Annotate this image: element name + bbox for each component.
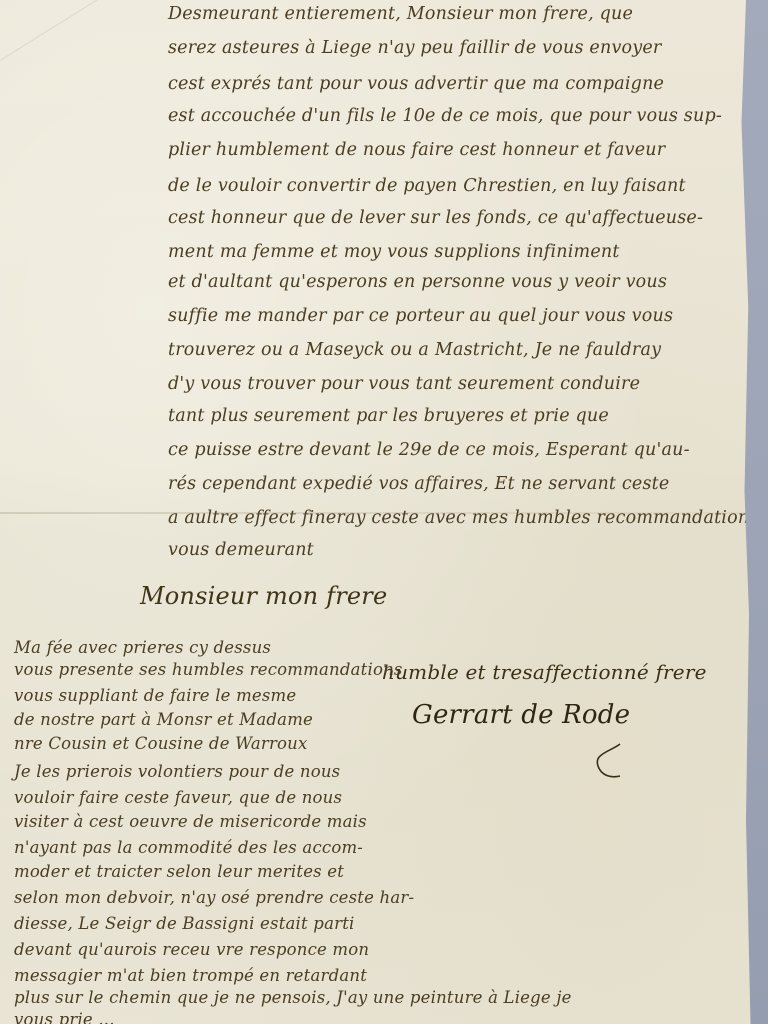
body-line: Desmeurant entierement, Monsieur mon fre… xyxy=(168,4,633,24)
manuscript-page: Desmeurant entierement, Monsieur mon fre… xyxy=(0,0,752,1024)
postscript-line: Je les prierois volontiers pour de nous xyxy=(14,762,340,781)
salutation: Monsieur mon frere xyxy=(140,582,387,610)
body-line: cest exprés tant pour vous advertir que … xyxy=(168,74,664,94)
postscript-line: vous suppliant de faire le mesme xyxy=(14,686,296,705)
postscript-line: de nostre part à Monsr et Madame xyxy=(14,710,313,729)
postscript-line: vous prie ... xyxy=(14,1010,115,1024)
body-line: serez asteures à Liege n'ay peu faillir … xyxy=(168,38,661,58)
body-line: ment ma femme et moy vous supplions infi… xyxy=(168,242,620,262)
postscript-line: selon mon debvoir, n'ay osé prendre cest… xyxy=(14,888,414,907)
postscript-line: vouloir faire ceste faveur, que de nous xyxy=(14,788,342,807)
body-line: cest honneur que de lever sur les fonds,… xyxy=(168,208,703,228)
body-line: suffie me mander par ce porteur au quel … xyxy=(168,306,673,326)
body-line: ce puisse estre devant le 29e de ce mois… xyxy=(168,440,690,460)
paper-fold-diagonal xyxy=(0,0,136,61)
body-line: tant plus seurement par les bruyeres et … xyxy=(168,406,609,426)
postscript-line: moder et traicter selon leur merites et xyxy=(14,862,344,881)
postscript-line: nre Cousin et Cousine de Warroux xyxy=(14,734,308,753)
body-line: a aultre effect fineray ceste avec mes h… xyxy=(168,508,759,528)
postscript-line: vous presente ses humbles recommandation… xyxy=(14,660,403,679)
postscript-line: messagier m'at bien trompé en retardant xyxy=(14,966,367,985)
postscript-line: diesse, Le Seigr de Bassigni estait part… xyxy=(14,914,355,933)
signature: Gerrart de Rode xyxy=(412,700,630,730)
body-line: plier humblement de nous faire cest honn… xyxy=(168,140,665,160)
closing-formula: humble et tresaffectionné frere xyxy=(382,660,707,684)
body-line: d'y vous trouver pour vous tant seuremen… xyxy=(168,374,640,394)
body-line: rés cependant expedié vos affaires, Et n… xyxy=(168,474,669,494)
postscript-line: n'ayant pas la commodité des les accom- xyxy=(14,838,363,857)
body-line: de le vouloir convertir de payen Chresti… xyxy=(168,176,686,196)
postscript-line: visiter à cest oeuvre de misericorde mai… xyxy=(14,812,367,831)
postscript-line: devant qu'aurois receu vre responce mon xyxy=(14,940,369,959)
postscript-line: plus sur le chemin que je ne pensois, J'… xyxy=(14,988,572,1007)
body-line: et d'aultant qu'esperons en personne vou… xyxy=(168,272,667,292)
body-line: est accouchée d'un fils le 10e de ce moi… xyxy=(168,106,722,126)
signature-flourish xyxy=(560,740,640,780)
body-line: vous demeurant xyxy=(168,540,314,560)
body-line: trouverez ou a Maseyck ou a Mastricht, J… xyxy=(168,340,661,360)
postscript-line: Ma fée avec prieres cy dessus xyxy=(14,638,271,657)
